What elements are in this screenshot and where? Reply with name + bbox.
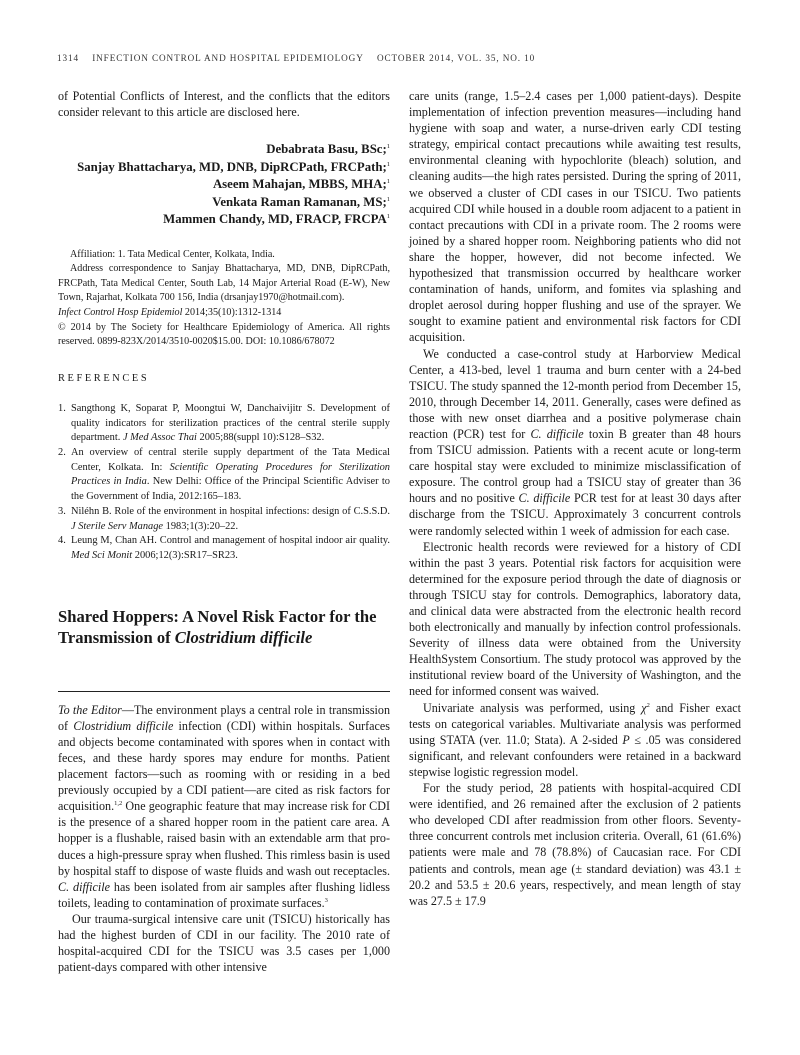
affiliation: Affiliation: 1. Tata Medical Center, Kol… <box>58 248 390 263</box>
author: Venkata Raman Ramanan, MS;1 <box>58 194 390 212</box>
right-column: care units (range, 1.5–2.4 cases per 1,0… <box>409 88 741 909</box>
reference-item: 2.An overview of central sterile supply … <box>58 446 390 505</box>
body-paragraph: care units (range, 1.5–2.4 cases per 1,0… <box>409 88 741 346</box>
article-title: Shared Hoppers: A Novel Risk Factor for … <box>58 606 390 648</box>
reference-item: 4.Leung M, Chan AH. Control and manageme… <box>58 534 390 563</box>
left-column: of Potential Conflicts of Interest, and … <box>58 88 390 975</box>
copyright: © 2014 by The Society for Healthcare Epi… <box>58 321 390 350</box>
title-divider <box>58 691 390 692</box>
body-paragraph: To the Editor—The environment plays a ce… <box>58 702 390 911</box>
references-heading: References <box>58 371 390 387</box>
citation: Infect Control Hosp Epidemiol 2014;35(10… <box>58 306 390 321</box>
affiliation-block: Affiliation: 1. Tata Medical Center, Kol… <box>58 248 390 350</box>
author: Mammen Chandy, MD, FRACP, FRCPA1 <box>58 211 390 229</box>
author: Debabrata Basu, BSc;1 <box>58 141 390 159</box>
author-list: Debabrata Basu, BSc;1 Sanjay Bhattachary… <box>58 141 390 229</box>
body-paragraph: Electronic health records were reviewed … <box>409 539 741 700</box>
body-paragraph: For the study period, 28 patients with h… <box>409 780 741 909</box>
running-head: 1314 Infection Control and Hospital Epid… <box>57 53 545 63</box>
reference-list: 1.Sangthong K, Soparat P, Moongtui W, Da… <box>58 402 390 564</box>
correspondence: Address correspondence to Sanjay Bhattac… <box>58 262 390 306</box>
body-paragraph: We conducted a case-control study at Har… <box>409 346 741 539</box>
page-number: 1314 <box>57 53 79 63</box>
author: Aseem Mahajan, MBBS, MHA;1 <box>58 176 390 194</box>
issue-info: October 2014, Vol. 35, No. 10 <box>377 53 535 63</box>
journal-name: Infection Control and Hospital Epidemiol… <box>92 53 364 63</box>
reference-item: 1.Sangthong K, Soparat P, Moongtui W, Da… <box>58 402 390 446</box>
reference-item: 3.Niléhn B. Role of the environment in h… <box>58 505 390 534</box>
body-paragraph: Univariate analysis was performed, using… <box>409 700 741 780</box>
body-paragraph: Our trauma-surgical intensive care unit … <box>58 911 390 975</box>
author: Sanjay Bhattacharya, MD, DNB, DipRCPath,… <box>58 159 390 177</box>
continued-text: of Potential Conflicts of Interest, and … <box>58 88 390 120</box>
